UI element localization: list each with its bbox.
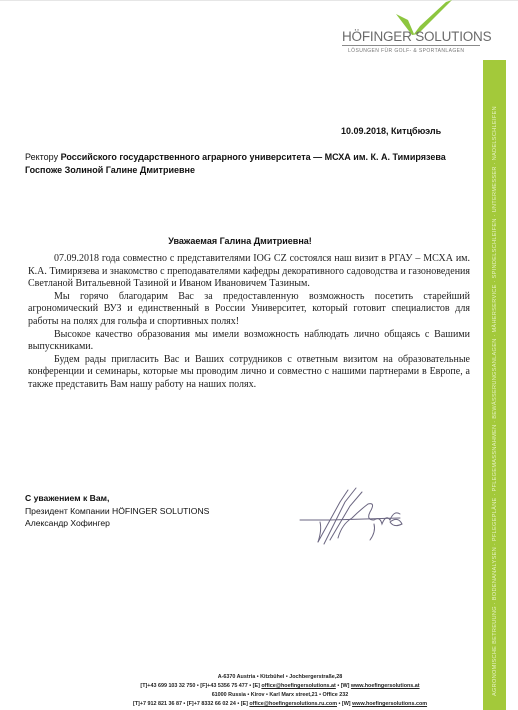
logo-divider: [342, 45, 480, 46]
date-place: 10.09.2018, Китцбюэль: [341, 126, 441, 136]
email-link-russia[interactable]: office@hoefingersolutions.ru.com: [249, 701, 337, 707]
recipient-block: Ректору Российского государственного агр…: [25, 151, 446, 177]
logo-tagline: LÖSUNGEN FÜR GOLF- & SPORTANLAGEN: [348, 48, 464, 54]
letter-body: 07.09.2018 года совместно с представител…: [28, 253, 470, 392]
footer-phone-austria: [T]+43 699 103 32 750 • [F]+43 5356 75 4…: [140, 683, 261, 689]
services-sidebar: AGRONOMISCHE BETREUUNG · BODENANALYSEN ·…: [483, 60, 506, 710]
recipient-prefix: Ректору: [25, 152, 61, 162]
footer-contacts: A-6370 Austria • Kitzbühel • Jochbergers…: [90, 673, 470, 709]
footer-contact-austria: [T]+43 699 103 32 750 • [F]+43 5356 75 4…: [90, 682, 470, 691]
footer-web-label: • [W]: [336, 683, 351, 689]
services-list: AGRONOMISCHE BETREUUNG · BODENANALYSEN ·…: [492, 106, 498, 696]
closing-phrase: С уважением к Вам,: [25, 492, 209, 505]
signer-name: Александр Хофингер: [25, 517, 209, 530]
recipient-name: Госпоже Золиной Галине Дмитриевне: [25, 165, 195, 175]
company-logo: HÖFINGER SOLUTIONS LÖSUNGEN FÜR GOLF- & …: [336, 0, 486, 62]
footer-address-russia: 61000 Russia • Kirov • Karl Marx street,…: [90, 691, 470, 700]
logo-name: HÖFINGER SOLUTIONS: [342, 29, 491, 44]
paragraph: Будем рады пригласить Вас и Ваших сотруд…: [28, 354, 470, 392]
handwritten-signature: [290, 480, 410, 555]
web-link-austria[interactable]: www.hoefingersolutions.at: [351, 683, 420, 689]
recipient-organization: Российского государственного аграрного у…: [61, 152, 446, 162]
footer-phone-russia: [T]+7 912 821 36 87 • [F]+7 8332 66 02 2…: [133, 701, 249, 707]
paragraph: Мы горячо благодарим Вас за предоставлен…: [28, 291, 470, 329]
paragraph: 07.09.2018 года совместно с представител…: [28, 253, 470, 291]
salutation: Уважаемая Галина Дмитриевна!: [0, 236, 480, 246]
signer-title: Президент Компании HÖFINGER SOLUTIONS: [25, 505, 209, 518]
paragraph: Высокое качество образования мы имели во…: [28, 329, 470, 354]
footer-address-austria: A-6370 Austria • Kitzbühel • Jochbergers…: [90, 673, 470, 682]
web-link-russia[interactable]: www.hoefingersolutions.com: [352, 701, 427, 707]
footer-web-label: • [W]: [337, 701, 352, 707]
footer-contact-russia: [T]+7 912 821 36 87 • [F]+7 8332 66 02 2…: [90, 700, 470, 709]
email-link-austria[interactable]: office@hoefingersolutions.at: [261, 683, 335, 689]
recipient-line: Ректору Российского государственного агр…: [25, 151, 446, 164]
closing-block: С уважением к Вам, Президент Компании HÖ…: [25, 492, 209, 530]
